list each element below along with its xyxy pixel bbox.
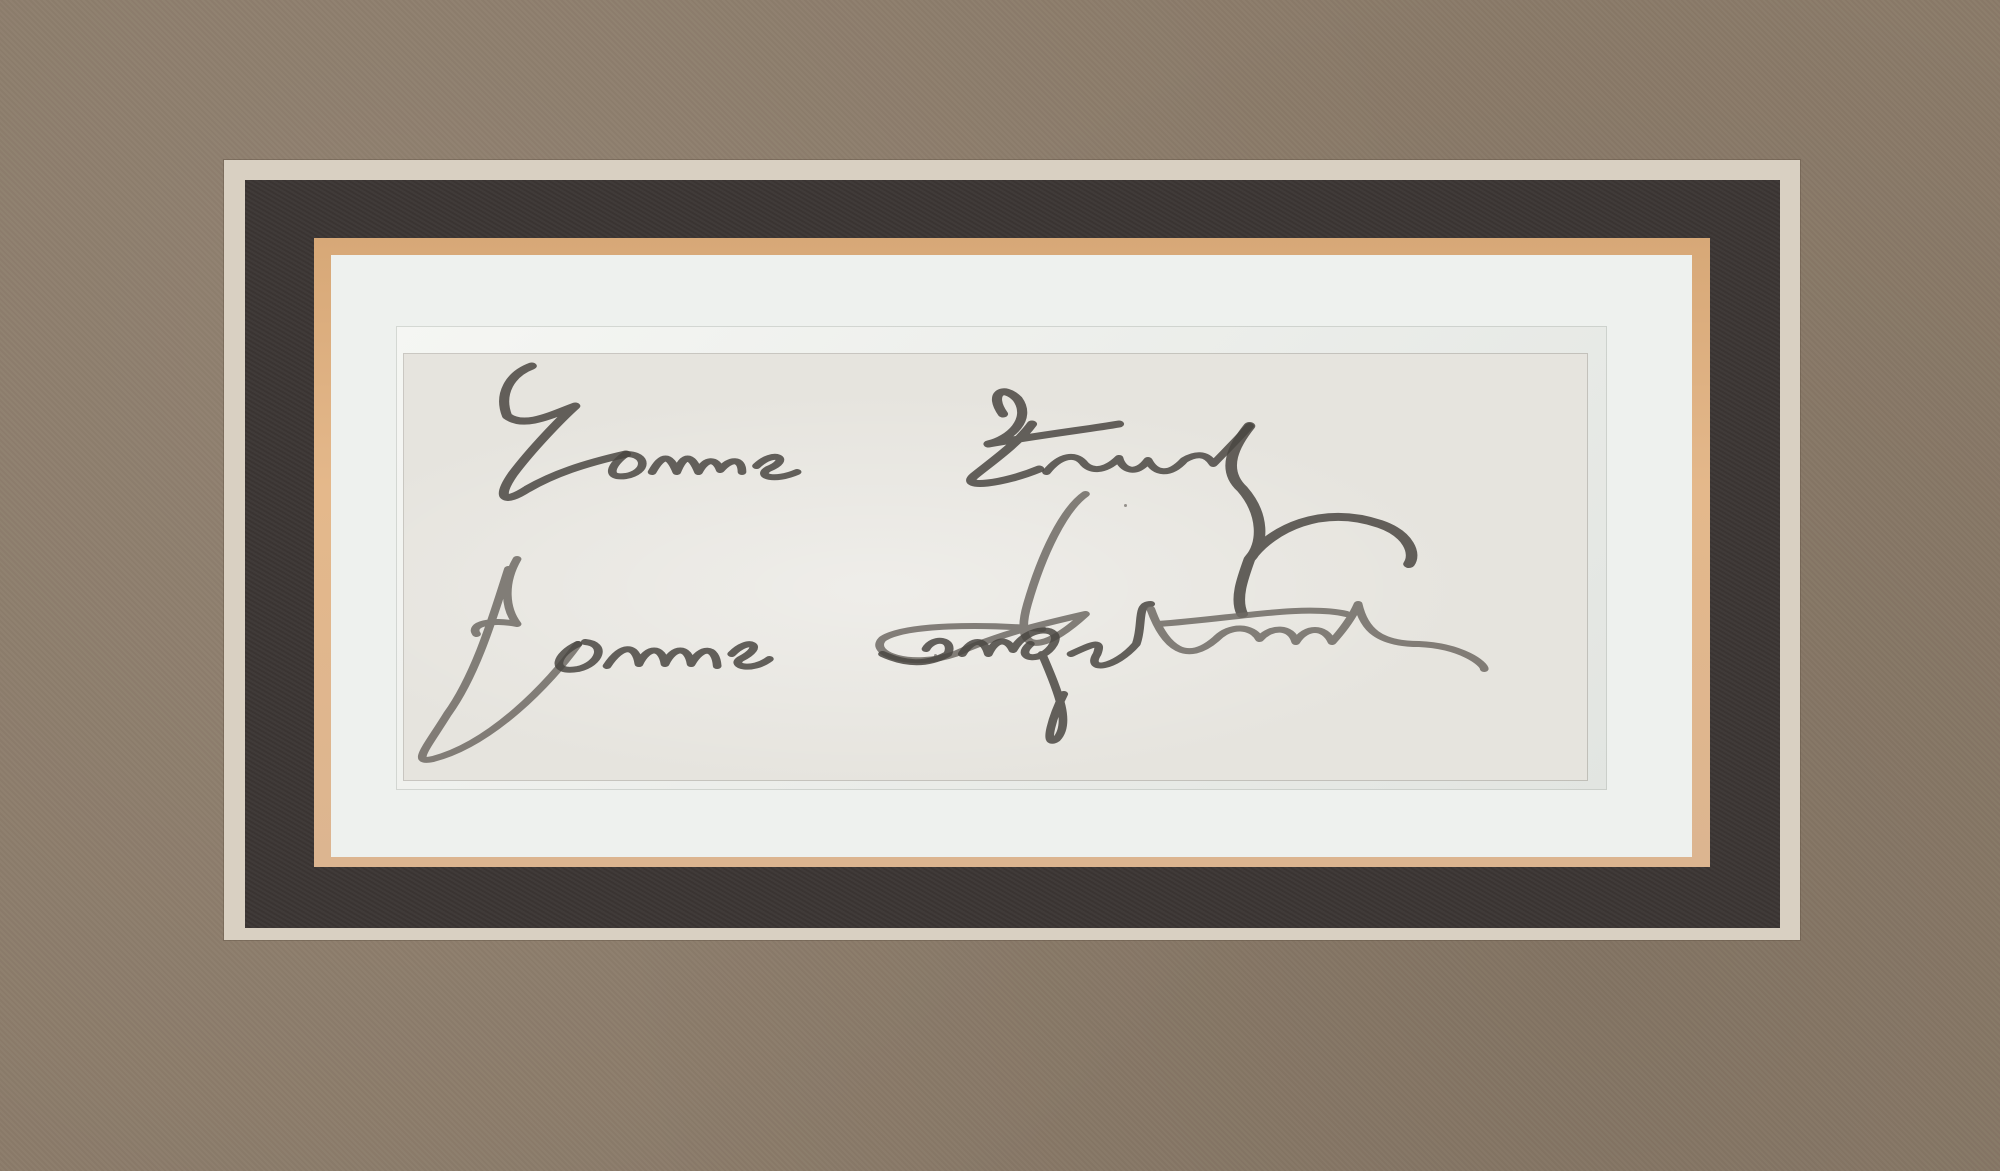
signature-card: Yours Truly James Longstreet bbox=[404, 354, 1587, 780]
signature-line-1-ink bbox=[504, 366, 1412, 614]
ink-speck bbox=[1124, 504, 1127, 507]
handwriting-drawing bbox=[404, 354, 1587, 780]
ink-speck bbox=[934, 654, 937, 657]
signature-line-2-ink bbox=[422, 494, 1484, 760]
